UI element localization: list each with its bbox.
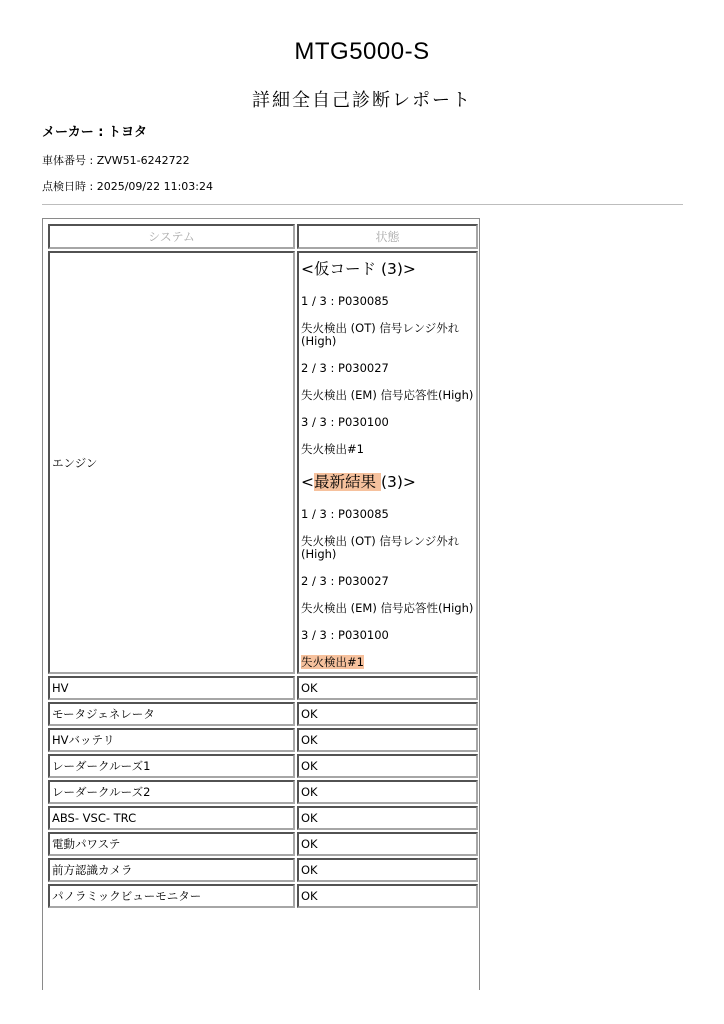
report-model-title: MTG5000-S — [0, 38, 724, 66]
inspection-date-info: 点検日時 : 2025/09/22 11:03:24 — [42, 178, 213, 194]
system-cell: モータジェネレータ — [48, 702, 295, 726]
table-row: モータジェネレータ OK — [48, 702, 478, 726]
status-cell: OK — [297, 728, 478, 752]
system-cell: パノラミックビューモニター — [48, 884, 295, 908]
dtc-description: 失火検出 (OT) 信号レンジ外れ(High) — [301, 322, 474, 348]
status-cell: OK — [297, 676, 478, 700]
date-label: 点検日時 — [42, 180, 86, 193]
table-row: 前方認識カメラ OK — [48, 858, 478, 882]
table-row: ABS- VSC- TRC OK — [48, 806, 478, 830]
latest-result-heading: <最新結果 (3)> — [301, 470, 474, 492]
status-cell: OK — [297, 858, 478, 882]
status-cell: OK — [297, 832, 478, 856]
dtc-description: 失火検出 (EM) 信号応答性(High) — [301, 602, 474, 615]
table-row: レーダークルーズ2 OK — [48, 780, 478, 804]
system-cell: 電動パワステ — [48, 832, 295, 856]
dtc-index: 2 / 3 : P030027 — [301, 575, 474, 588]
status-cell: OK — [297, 806, 478, 830]
diagnosis-table-frame: システム 状態 エンジン <仮コード (3)> 1 / 3 : P030085 … — [42, 218, 480, 990]
dtc-index: 3 / 3 : P030100 — [301, 416, 474, 429]
status-cell: OK — [297, 702, 478, 726]
table-row: レーダークルーズ1 OK — [48, 754, 478, 778]
maker-info: メーカー : トヨタ — [42, 121, 147, 140]
header-system: システム — [48, 224, 295, 249]
provisional-code-heading: <仮コード (3)> — [301, 257, 474, 279]
system-cell: HVバッテリ — [48, 728, 295, 752]
table-row: HVバッテリ OK — [48, 728, 478, 752]
table-header-row: システム 状態 — [48, 224, 478, 249]
system-cell: ABS- VSC- TRC — [48, 806, 295, 830]
dtc-description-highlighted: 失火検出#1 — [301, 656, 474, 669]
vin-info: 車体番号 : ZVW51-6242722 — [42, 152, 190, 168]
system-cell: 前方認識カメラ — [48, 858, 295, 882]
dtc-index: 1 / 3 : P030085 — [301, 295, 474, 308]
maker-value: トヨタ — [108, 125, 147, 140]
dtc-index: 3 / 3 : P030100 — [301, 629, 474, 642]
vin-value: ZVW51-6242722 — [97, 154, 190, 167]
system-cell-engine: エンジン — [48, 251, 295, 674]
table-row-engine: エンジン <仮コード (3)> 1 / 3 : P030085 失火検出 (OT… — [48, 251, 478, 674]
dtc-description: 失火検出#1 — [301, 443, 474, 456]
separator: : — [98, 125, 108, 140]
report-subtitle: 詳細全自己診断レポート — [0, 86, 724, 112]
status-cell: OK — [297, 884, 478, 908]
separator: : — [90, 154, 97, 167]
divider — [42, 204, 683, 205]
dtc-description: 失火検出 (OT) 信号レンジ外れ(High) — [301, 535, 474, 561]
provisional-code-label: 仮コード — [314, 260, 376, 278]
vin-label: 車体番号 — [42, 154, 86, 167]
diagnosis-table: システム 状態 エンジン <仮コード (3)> 1 / 3 : P030085 … — [46, 222, 480, 910]
dtc-index: 1 / 3 : P030085 — [301, 508, 474, 521]
latest-result-label: 最新結果 — [314, 473, 381, 491]
status-cell: OK — [297, 754, 478, 778]
dtc-index: 2 / 3 : P030027 — [301, 362, 474, 375]
table-row: 電動パワステ OK — [48, 832, 478, 856]
header-status: 状態 — [297, 224, 478, 249]
table-row: HV OK — [48, 676, 478, 700]
maker-label: メーカー — [42, 125, 94, 140]
system-cell: HV — [48, 676, 295, 700]
system-cell: レーダークルーズ1 — [48, 754, 295, 778]
table-row: パノラミックビューモニター OK — [48, 884, 478, 908]
system-cell: レーダークルーズ2 — [48, 780, 295, 804]
status-cell: OK — [297, 780, 478, 804]
separator: : — [90, 180, 97, 193]
dtc-description: 失火検出 (EM) 信号応答性(High) — [301, 389, 474, 402]
date-value: 2025/09/22 11:03:24 — [97, 180, 213, 193]
status-cell-engine: <仮コード (3)> 1 / 3 : P030085 失火検出 (OT) 信号レ… — [297, 251, 478, 674]
